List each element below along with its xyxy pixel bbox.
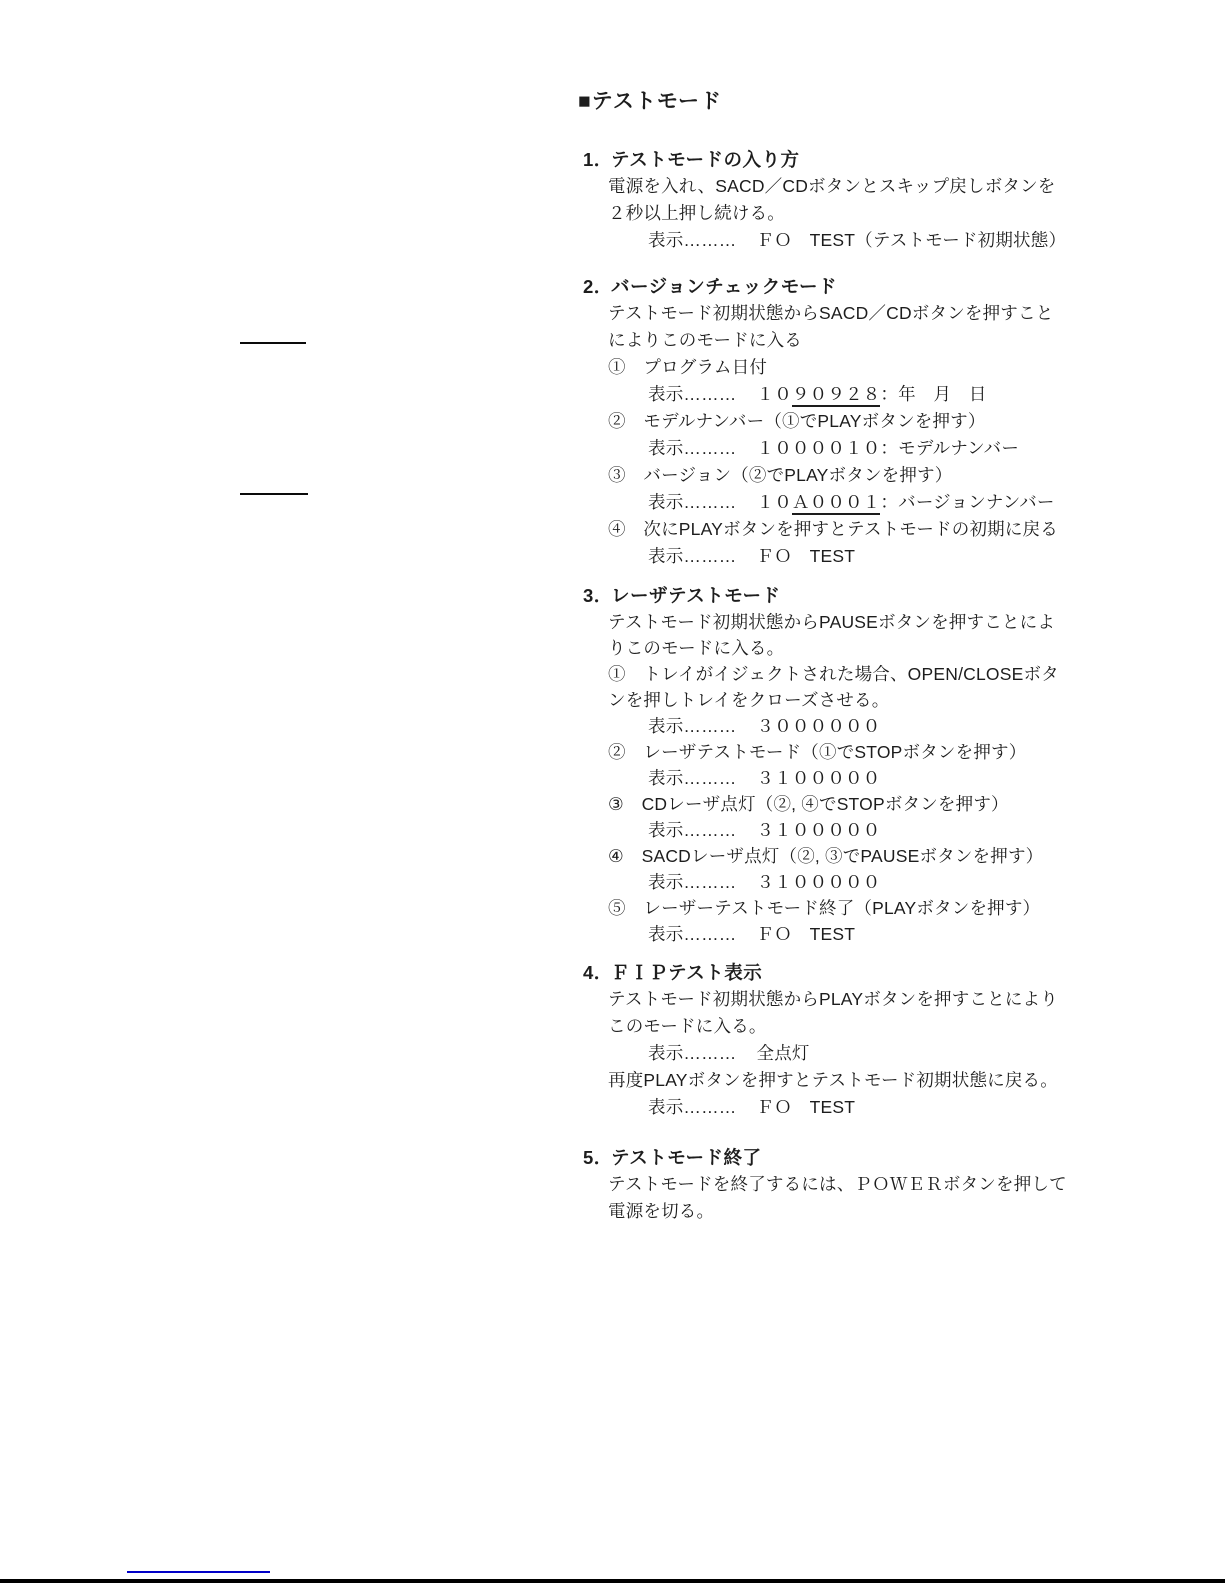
display-line: 表示………ＦＯ TEST xyxy=(578,921,1098,947)
display-label: 表示 xyxy=(648,546,683,566)
underlined-value: Ａ０００１ xyxy=(792,492,881,515)
revision-mark-1 xyxy=(240,342,306,344)
dot-leader: ……… xyxy=(683,1043,736,1063)
display-value: 全点灯 xyxy=(757,1043,810,1063)
display-label: 表示 xyxy=(648,492,683,512)
section-heading: 3． レーザテストモード xyxy=(578,583,1098,609)
text-line: 電源を入れ、SACD／CDボタンとスキップ戻しボタンを xyxy=(578,173,1098,200)
text-line: 再度PLAYボタンを押すとテストモード初期状態に戻る。 xyxy=(578,1067,1098,1094)
text-line: テストモード初期状態からPLAYボタンを押すことにより xyxy=(578,986,1098,1013)
underlined-value: ９０９２８ xyxy=(792,384,881,407)
dot-leader: ……… xyxy=(683,924,736,944)
display-line: 表示………１００００１０：モデルナンバー xyxy=(578,435,1098,462)
display-line: 表示………ＦＯ TEST xyxy=(578,543,1098,570)
revision-mark-2 xyxy=(240,493,308,495)
dot-leader: ……… xyxy=(683,438,736,458)
page-bottom-rule xyxy=(0,1579,1225,1583)
display-label: 表示 xyxy=(648,924,683,944)
dot-leader: ……… xyxy=(683,716,736,736)
numbered-item: ① プログラム日付 xyxy=(578,354,1098,381)
display-line: 表示………全点灯 xyxy=(578,1040,1098,1067)
display-label: 表示 xyxy=(648,820,683,840)
numbered-item: ④ 次にPLAYボタンを押すとテストモードの初期に戻る xyxy=(578,516,1098,543)
section-4-fip-test-display: 4． ＦＩＰテスト表示 テストモード初期状態からPLAYボタンを押すことにより … xyxy=(578,959,1098,1121)
section-heading: 1． テストモードの入り方 xyxy=(578,146,1098,173)
display-value: ＦＯ TEST（テストモード初期状態） xyxy=(757,230,1067,250)
display-label: 表示 xyxy=(648,768,683,788)
dot-leader: ……… xyxy=(683,872,736,892)
dot-leader: ……… xyxy=(683,384,736,404)
dot-leader: ……… xyxy=(683,546,736,566)
display-line: 表示………３００００００ xyxy=(578,713,1098,739)
numbered-item: ② モデルナンバー（①でPLAYボタンを押す） xyxy=(578,408,1098,435)
text-line: テストモード初期状態からPAUSEボタンを押すことによ xyxy=(578,609,1098,635)
display-line: 表示………３１０００００ xyxy=(578,817,1098,843)
display-label: 表示 xyxy=(648,384,683,404)
numbered-item: ③ CDレーザ点灯（②, ④でSTOPボタンを押す） xyxy=(578,791,1098,817)
display-line: 表示………３１０００００ xyxy=(578,765,1098,791)
dot-leader: ……… xyxy=(683,1097,736,1117)
section-heading: 2． バージョンチェックモード xyxy=(578,273,1098,300)
text-line: テストモードを終了するには、ＰＯＷＥＲボタンを押して xyxy=(578,1171,1098,1198)
section-number: 1． xyxy=(583,146,611,173)
section-title: テストモードの入り方 xyxy=(611,146,800,173)
numbered-item: ③ バージョン（②でPLAYボタンを押す） xyxy=(578,462,1098,489)
section-1-test-mode-entry: 1． テストモードの入り方 電源を入れ、SACD／CDボタンとスキップ戻しボタン… xyxy=(578,146,1098,254)
display-line: 表示………ＦＯ TEST（テストモード初期状態） xyxy=(578,227,1098,254)
numbered-item: ④ SACDレーザ点灯（②, ③でPAUSEボタンを押す） xyxy=(578,843,1098,869)
section-3-laser-test-mode: 3． レーザテストモード テストモード初期状態からPAUSEボタンを押すことによ… xyxy=(578,583,1098,947)
footer-link-underline xyxy=(127,1571,270,1573)
section-5-test-mode-exit: 5． テストモード終了 テストモードを終了するには、ＰＯＷＥＲボタンを押して 電… xyxy=(578,1144,1098,1225)
display-value: ３１０００００ xyxy=(757,872,881,892)
page-title: ■テストモード xyxy=(578,88,1098,115)
display-label: 表示 xyxy=(648,230,683,250)
numbered-item: ⑤ レーザーテストモード終了（PLAYボタンを押す） xyxy=(578,895,1098,921)
display-label: 表示 xyxy=(648,1097,683,1117)
text-line: りこのモードに入る。 xyxy=(578,635,1098,661)
display-label: 表示 xyxy=(648,1043,683,1063)
section-number: 4． xyxy=(583,959,611,986)
display-value: １０９０９２８：年 月 日 xyxy=(757,384,987,404)
dot-leader: ……… xyxy=(683,768,736,788)
display-line: 表示………３１０００００ xyxy=(578,869,1098,895)
text-line: ２秒以上押し続ける。 xyxy=(578,200,1098,227)
display-value: １００００１０：モデルナンバー xyxy=(757,438,1020,458)
display-line: 表示………ＦＯ TEST xyxy=(578,1094,1098,1121)
display-value: ３１０００００ xyxy=(757,820,881,840)
text-line: によりこのモードに入る xyxy=(578,327,1098,354)
display-value: ＦＯ TEST xyxy=(757,1097,856,1117)
display-value: １０Ａ０００１：バージョンナンバー xyxy=(757,492,1055,512)
section-title: テストモード終了 xyxy=(611,1144,762,1171)
display-label: 表示 xyxy=(648,716,683,736)
numbered-item: ② レーザテストモード（①でSTOPボタンを押す） xyxy=(578,739,1098,765)
text-line: このモードに入る。 xyxy=(578,1013,1098,1040)
section-number: 3． xyxy=(583,583,611,609)
display-value: ３１０００００ xyxy=(757,768,881,788)
section-title: バージョンチェックモード xyxy=(611,273,837,300)
section-title: レーザテストモード xyxy=(611,583,781,609)
section-heading: 5． テストモード終了 xyxy=(578,1144,1098,1171)
section-number: 5． xyxy=(583,1144,611,1171)
display-label: 表示 xyxy=(648,438,683,458)
numbered-item: ① トレイがイジェクトされた場合、OPEN/CLOSEボタ xyxy=(578,661,1098,687)
section-heading: 4． ＦＩＰテスト表示 xyxy=(578,959,1098,986)
document-body: ■テストモード 1． テストモードの入り方 電源を入れ、SACD／CDボタンとス… xyxy=(578,88,1098,1225)
display-value: ＦＯ TEST xyxy=(757,546,856,566)
display-value: ３００００００ xyxy=(757,716,881,736)
section-number: 2． xyxy=(583,273,611,300)
section-title: ＦＩＰテスト表示 xyxy=(611,959,762,986)
text-line: ンを押しトレイをクローズさせる。 xyxy=(578,687,1098,713)
dot-leader: ……… xyxy=(683,492,736,512)
text-line: 電源を切る。 xyxy=(578,1198,1098,1225)
dot-leader: ……… xyxy=(683,820,736,840)
display-value: ＦＯ TEST xyxy=(757,924,856,944)
display-line: 表示………１０９０９２８：年 月 日 xyxy=(578,381,1098,408)
text-line: テストモード初期状態からSACD／CDボタンを押すこと xyxy=(578,300,1098,327)
display-label: 表示 xyxy=(648,872,683,892)
display-line: 表示………１０Ａ０００１：バージョンナンバー xyxy=(578,489,1098,516)
dot-leader: ……… xyxy=(683,230,736,250)
section-2-version-check-mode: 2． バージョンチェックモード テストモード初期状態からSACD／CDボタンを押… xyxy=(578,273,1098,570)
